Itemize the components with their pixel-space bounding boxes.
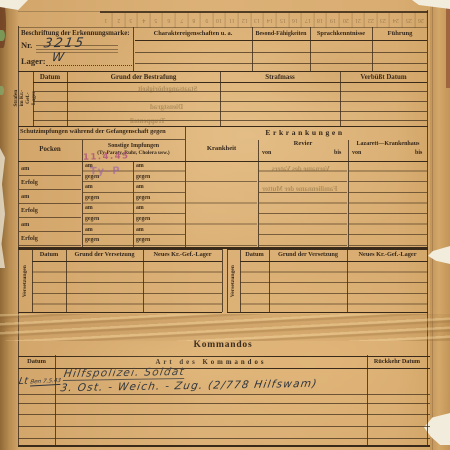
kommandos-divider-2 (367, 355, 368, 445)
nr-label: Nr. (21, 41, 32, 50)
vaccination-col-sonstige-1: Sonstige Impfungen (83, 142, 184, 150)
transfers-right-header-datum: Datum (240, 251, 269, 260)
transfers-right-side-label: Versetzungen (227, 250, 240, 312)
traits-row-line-2 (135, 63, 427, 64)
right-fold-line (432, 0, 433, 450)
left-edge-dark-spot (0, 2, 6, 48)
right-edge-stain (446, 0, 450, 88)
traits-header-abilities: Besond-Fähigkeiten (253, 29, 309, 40)
illness-revier-bis: bis (334, 150, 341, 156)
kommandos-top-border (18, 356, 430, 358)
kommando-entry-datum: Lt Ben 7.5.43 (18, 374, 62, 387)
bleedthrough-text-1: Staatsangehörigkeit (138, 85, 198, 93)
kommandos-row-line-1 (18, 394, 430, 395)
illness-revier-von: von (262, 150, 271, 156)
krankheit-rows (186, 161, 257, 246)
punishment-row-line-2 (33, 101, 427, 102)
punishment-divider-1 (67, 71, 68, 126)
bleedthrough-text-4: Vorname des Vaters (272, 166, 330, 173)
vaccination-stamp-date: 11.4.45 (83, 151, 130, 163)
kommandos-divider-1 (55, 355, 56, 445)
punishment-divider-3 (340, 71, 341, 126)
punishment-header-strafmass: Strafmass (220, 73, 340, 82)
traits-header-languages: Sprachkenntnisse (311, 29, 371, 40)
traits-divider-2 (310, 27, 311, 71)
kommandos-row-line-4 (18, 426, 430, 427)
transfers-left-header-neues: Neues Kr.-Gef.-Lager (143, 251, 222, 260)
kommandos-row-line-3 (18, 414, 430, 415)
traits-header-underline (135, 40, 427, 41)
illness-lazarett-bis: bis (415, 150, 422, 156)
nr-rule-3 (36, 52, 118, 53)
strip-bottom-line (18, 27, 428, 28)
transfers-right-header-grund: Grund der Versetzung (269, 251, 347, 260)
transfers-left-header-datum: Datum (32, 251, 66, 260)
traits-divider-1 (252, 27, 253, 71)
kommandos-row-line-2 (18, 403, 430, 404)
traits-row-line-1 (135, 52, 427, 53)
illness-lazarett-von: von (352, 150, 361, 156)
id-block-divider (133, 27, 134, 71)
bleedthrough-text-2: Dienstgrad (150, 103, 183, 111)
left-edge-green-mark-2 (0, 86, 4, 95)
lager-label: Lager: (21, 57, 46, 66)
lazarett-rows (349, 161, 427, 246)
transfers-right-top-border (227, 249, 428, 250)
punishment-header-grund: Grund der Bestrafung (67, 73, 220, 82)
transfers-left-header-grund: Grund der Versetzung (66, 251, 143, 260)
kommandos-row-line-5 (18, 438, 430, 439)
kommandos-header-art: Art des Kommandos (55, 358, 367, 367)
kommandos-bottom-border (18, 445, 430, 447)
punishment-row-line-3 (33, 111, 427, 112)
scanned-pow-record-card: 1234567891011121314151617181920212223242… (0, 0, 450, 450)
illness-col-krankheit: Krankheit (186, 145, 257, 154)
bleedthrough-text-5: Familienname der Mutter (262, 186, 337, 193)
transfers-left-side-label: Versetzungen (18, 250, 32, 312)
traits-header-conduct: Führung (373, 29, 427, 40)
pocken-rows: am Erfolg am Erfolg am Erfolg (19, 162, 81, 246)
traits-divider-3 (372, 27, 373, 71)
transfers-left-rows (32, 262, 222, 310)
vaccination-title: Schutzimpfungen während der Gefangenscha… (20, 129, 166, 136)
kommando-entry-line1: Hilfspolizei. Soldat (63, 366, 186, 381)
transfers-right-left-border (227, 249, 228, 312)
transfers-left-top-border (18, 249, 222, 250)
kommandos-title: Kommandos (18, 340, 428, 352)
paper-crease-band (0, 314, 450, 341)
vaccination-stamp-type: Ty-P (90, 166, 122, 178)
transfers-left-right-border (222, 249, 223, 312)
punishment-header-underline (33, 82, 427, 83)
punishment-header-verbuesst: Verbüßt Datum (340, 73, 427, 82)
punishment-row-line-4 (33, 120, 427, 121)
strip-top-line-left (18, 11, 100, 12)
card-right-border (427, 10, 428, 447)
sonstige-rows-col2: am gegen am gegen am gegen am gegen (134, 161, 185, 246)
punishment-divider-2 (220, 71, 221, 126)
revier-rows (259, 161, 347, 246)
lager-value-handwriting: W (51, 50, 65, 64)
transfers-right-header-neues: Neues Kr.-Gef.-Lager (347, 251, 428, 260)
calendar-strip: 1234567891011121314151617181920212223242… (100, 11, 428, 28)
kommandos-header-datum: Datum (18, 358, 55, 367)
left-edge-green-mark-1 (0, 30, 5, 41)
traits-header-character: Charaktereigenschaften u. a. (135, 29, 251, 40)
kommandos-header-rueckkehr: Rückkehr Datum (367, 358, 427, 367)
bleedthrough-text-3: Truppenteil (130, 117, 165, 125)
transfers-right-rows (240, 262, 428, 310)
punishment-row-line-1 (33, 91, 427, 92)
vaccination-col-pocken: Pocken (18, 145, 82, 154)
punishment-side-label: Strafen im Kr.- Gef.-Lager (18, 71, 33, 126)
illness-title: Erkrankungen (235, 128, 375, 138)
punishment-header-datum: Datum (33, 73, 67, 82)
illness-col-revier: Revier (258, 140, 348, 148)
vaccination-title-underline (18, 139, 185, 140)
illness-col-lazarett: Lazarett—Krankenhaus (348, 140, 428, 148)
